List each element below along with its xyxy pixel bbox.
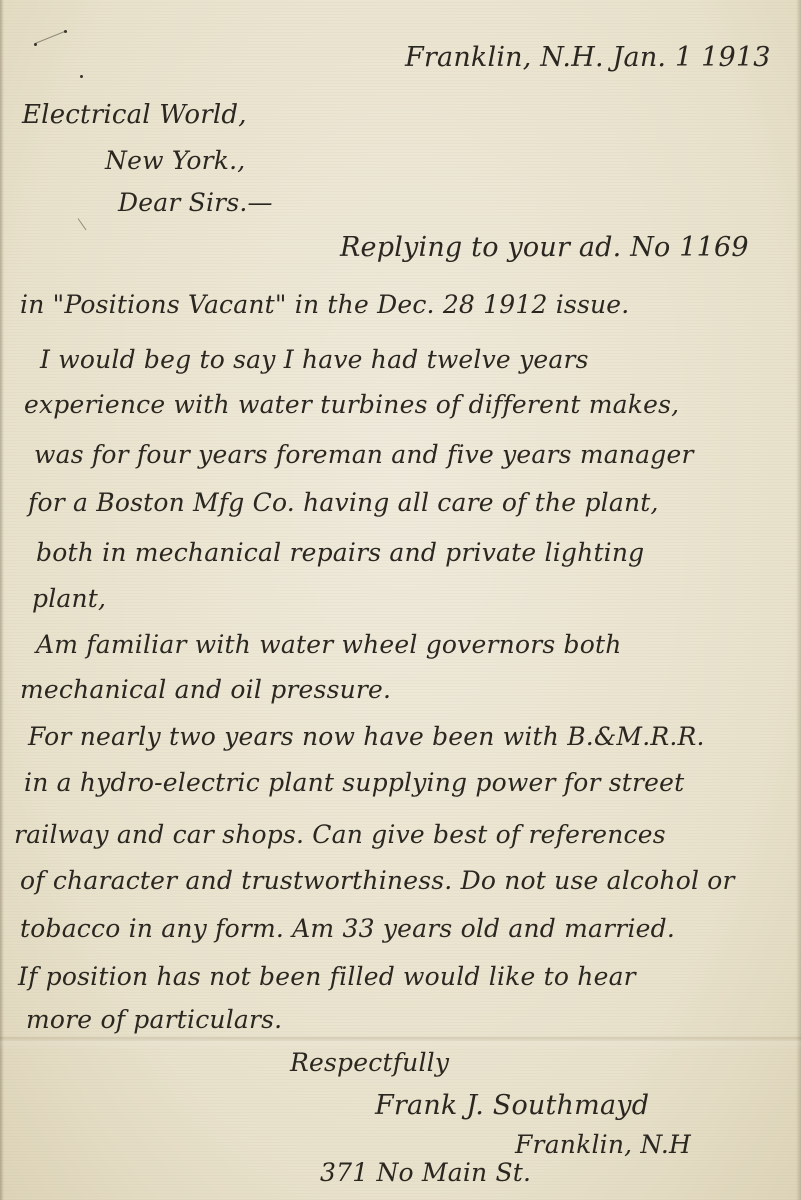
body-line: Am familiar with water wheel governors b… bbox=[36, 630, 622, 659]
body-line: of character and trustworthiness. Do not… bbox=[20, 866, 735, 895]
paper-mark bbox=[80, 75, 83, 78]
body-line: in a hydro-electric plant supplying powe… bbox=[24, 768, 684, 797]
body-line: plant, bbox=[32, 584, 106, 613]
body-line: in "Positions Vacant" in the Dec. 28 191… bbox=[20, 290, 629, 319]
body-line: railway and car shops. Can give best of … bbox=[14, 820, 666, 849]
dateline: Franklin, N.H. Jan. 1 1913 bbox=[405, 42, 771, 73]
body-line: more of particulars. bbox=[26, 1005, 282, 1034]
signature: Frank J. Southmayd bbox=[375, 1090, 649, 1121]
body-line: Replying to your ad. No 1169 bbox=[340, 232, 749, 263]
salutation: Dear Sirs.— bbox=[118, 188, 273, 217]
paper-scratch bbox=[35, 31, 65, 44]
street-address: 371 No Main St. bbox=[320, 1158, 531, 1187]
body-line: I would beg to say I have had twelve yea… bbox=[40, 345, 589, 374]
body-line: mechanical and oil pressure. bbox=[20, 675, 391, 704]
paper-scratch bbox=[78, 218, 87, 230]
signature-town: Franklin, N.H bbox=[515, 1130, 691, 1159]
body-line: for a Boston Mfg Co. having all care of … bbox=[28, 488, 659, 517]
body-line: If position has not been filled would li… bbox=[18, 962, 636, 991]
letter-page: Franklin, N.H. Jan. 1 1913 Electrical Wo… bbox=[0, 0, 801, 1200]
body-line: was for four years foreman and five year… bbox=[34, 440, 694, 469]
body-line: experience with water turbines of differ… bbox=[24, 390, 679, 419]
body-line: both in mechanical repairs and private l… bbox=[36, 538, 644, 567]
body-line: tobacco in any form. Am 33 years old and… bbox=[20, 914, 675, 943]
recipient-city: New York., bbox=[105, 146, 245, 175]
recipient-name: Electrical World, bbox=[22, 100, 247, 130]
body-line: For nearly two years now have been with … bbox=[28, 722, 705, 751]
closing: Respectfully bbox=[290, 1048, 449, 1077]
